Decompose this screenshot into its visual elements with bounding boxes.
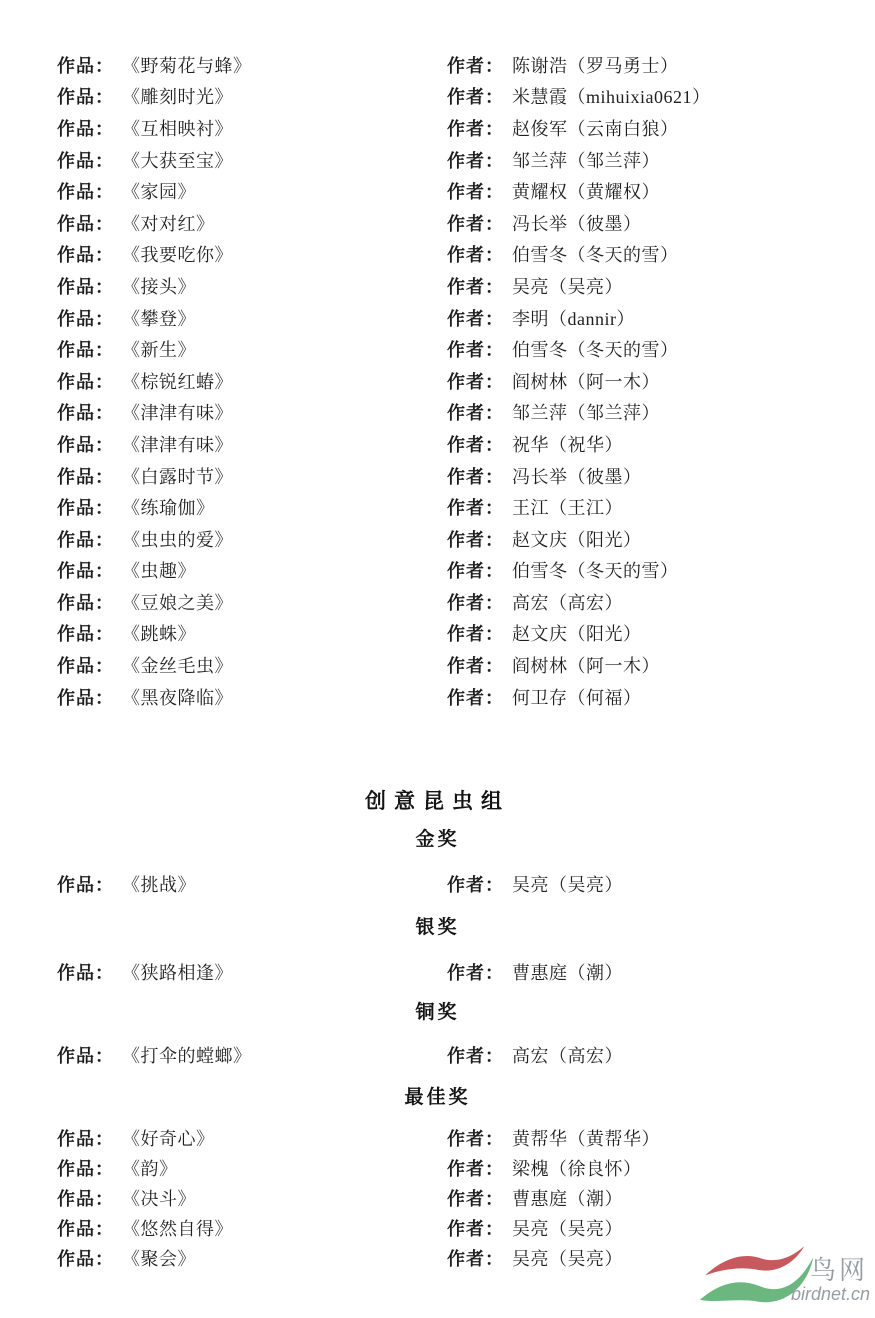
entry-row: 作品： 《我要吃你》 作者： 伯雪冬（冬天的雪） — [57, 239, 855, 271]
work-cell: 作品： 《金丝毛虫》 — [57, 652, 447, 678]
author-name: 邹兰萍（邹兰萍） — [512, 147, 660, 173]
author-name: 李明（dannir） — [512, 305, 635, 331]
author-name: 冯长举（彼墨） — [512, 210, 642, 236]
work-cell: 作品： 《聚会》 — [57, 1245, 447, 1271]
work-cell: 作品： 《虫趣》 — [57, 557, 447, 583]
work-title: 《跳蛛》 — [122, 620, 196, 646]
author-label: 作者： — [447, 1185, 504, 1211]
author-name: 曹惠庭（潮） — [512, 1185, 623, 1211]
work-label: 作品： — [57, 83, 114, 109]
author-cell: 作者： 赵文庆（阳光） — [447, 526, 855, 552]
author-label: 作者： — [447, 115, 504, 141]
author-cell: 作者： 吴亮（吴亮） — [447, 273, 855, 299]
entry-row: 作品： 《野菊花与蜂》 作者： 陈谢浩（罗马勇士） — [57, 49, 855, 81]
work-label: 作品： — [57, 399, 114, 425]
work-label: 作品： — [57, 959, 114, 985]
work-cell: 作品： 《悠然自得》 — [57, 1215, 447, 1241]
author-name: 冯长举（彼墨） — [512, 463, 642, 489]
work-title: 《雕刻时光》 — [122, 83, 233, 109]
birdnet-logo: 鸟网 birdnet.cn — [698, 1240, 872, 1316]
entry-row: 作品： 《打伞的螳螂》 作者： 高宏（高宏） — [57, 1039, 855, 1071]
work-title: 《好奇心》 — [122, 1125, 215, 1151]
work-label: 作品： — [57, 1042, 114, 1068]
entry-row: 作品： 《豆娘之美》 作者： 高宏（高宏） — [57, 586, 855, 618]
work-label: 作品： — [57, 1185, 114, 1211]
entry-row: 作品： 《大获至宝》 作者： 邹兰萍（邹兰萍） — [57, 144, 855, 176]
entry-row: 作品： 《虫趣》 作者： 伯雪冬（冬天的雪） — [57, 555, 855, 587]
author-label: 作者： — [447, 494, 504, 520]
work-label: 作品： — [57, 1125, 114, 1151]
author-label: 作者： — [447, 210, 504, 236]
work-cell: 作品： 《接头》 — [57, 273, 447, 299]
work-label: 作品： — [57, 431, 114, 457]
entry-row: 作品： 《白露时节》 作者： 冯长举（彼墨） — [57, 460, 855, 492]
site-domain: birdnet.cn — [791, 1284, 870, 1305]
work-title: 《对对红》 — [122, 210, 215, 236]
work-label: 作品： — [57, 494, 114, 520]
entry-row: 作品： 《好奇心》 作者： 黄帮华（黄帮华） — [57, 1123, 855, 1153]
author-label: 作者： — [447, 526, 504, 552]
author-name: 伯雪冬（冬天的雪） — [512, 336, 679, 362]
entry-row: 作品： 《对对红》 作者： 冯长举（彼墨） — [57, 207, 855, 239]
work-title: 《挑战》 — [122, 871, 196, 897]
silver-award-list: 作品： 《狭路相逢》 作者： 曹惠庭（潮） — [57, 956, 855, 988]
work-label: 作品： — [57, 652, 114, 678]
author-label: 作者： — [447, 620, 504, 646]
work-title: 《白露时节》 — [122, 463, 233, 489]
author-cell: 作者： 曹惠庭（潮） — [447, 1185, 855, 1211]
work-title: 《狭路相逢》 — [122, 959, 233, 985]
work-cell: 作品： 《津津有味》 — [57, 399, 447, 425]
author-cell: 作者： 赵文庆（阳光） — [447, 620, 855, 646]
author-label: 作者： — [447, 871, 504, 897]
author-name: 邹兰萍（邹兰萍） — [512, 399, 660, 425]
entry-row: 作品： 《跳蛛》 作者： 赵文庆（阳光） — [57, 618, 855, 650]
award-header-bronze: 铜奖 — [0, 1000, 875, 1026]
work-cell: 作品： 《好奇心》 — [57, 1125, 447, 1151]
author-name: 黄耀权（黄耀权） — [512, 178, 660, 204]
work-cell: 作品： 《我要吃你》 — [57, 241, 447, 267]
author-cell: 作者： 黄耀权（黄耀权） — [447, 178, 855, 204]
author-label: 作者： — [447, 1245, 504, 1271]
author-label: 作者： — [447, 431, 504, 457]
author-label: 作者： — [447, 336, 504, 362]
author-name: 吴亮（吴亮） — [512, 1245, 623, 1271]
work-title: 《攀登》 — [122, 305, 196, 331]
author-label: 作者： — [447, 463, 504, 489]
author-cell: 作者： 伯雪冬（冬天的雪） — [447, 557, 855, 583]
author-name: 吴亮（吴亮） — [512, 273, 623, 299]
author-label: 作者： — [447, 589, 504, 615]
work-label: 作品： — [57, 305, 114, 331]
work-title: 《家园》 — [122, 178, 196, 204]
author-label: 作者： — [447, 557, 504, 583]
work-label: 作品： — [57, 241, 114, 267]
work-label: 作品： — [57, 178, 114, 204]
author-cell: 作者： 邹兰萍（邹兰萍） — [447, 147, 855, 173]
work-cell: 作品： 《棕锐红蝽》 — [57, 368, 447, 394]
author-label: 作者： — [447, 368, 504, 394]
work-label: 作品： — [57, 147, 114, 173]
work-title: 《金丝毛虫》 — [122, 652, 233, 678]
work-title: 《接头》 — [122, 273, 196, 299]
work-cell: 作品： 《跳蛛》 — [57, 620, 447, 646]
author-name: 阎树林（阿一木） — [512, 652, 660, 678]
author-label: 作者： — [447, 1042, 504, 1068]
author-cell: 作者： 吴亮（吴亮） — [447, 871, 855, 897]
author-cell: 作者： 王江（王江） — [447, 494, 855, 520]
entry-row: 作品： 《津津有味》 作者： 祝华（祝华） — [57, 428, 855, 460]
work-title: 《决斗》 — [122, 1185, 196, 1211]
work-title: 《黑夜降临》 — [122, 684, 233, 710]
author-cell: 作者： 邹兰萍（邹兰萍） — [447, 399, 855, 425]
work-cell: 作品： 《韵》 — [57, 1155, 447, 1181]
work-label: 作品： — [57, 620, 114, 646]
group-title: 创意昆虫组 — [0, 788, 875, 816]
work-label: 作品： — [57, 336, 114, 362]
work-cell: 作品： 《家园》 — [57, 178, 447, 204]
author-name: 吴亮（吴亮） — [512, 1215, 623, 1241]
work-title: 《聚会》 — [122, 1245, 196, 1271]
work-label: 作品： — [57, 273, 114, 299]
entry-row: 作品： 《接头》 作者： 吴亮（吴亮） — [57, 270, 855, 302]
works-list: 作品： 《野菊花与蜂》 作者： 陈谢浩（罗马勇士） 作品： 《雕刻时光》 作者：… — [57, 49, 855, 712]
author-cell: 作者： 梁槐（徐良怀） — [447, 1155, 855, 1181]
author-cell: 作者： 何卫存（何福） — [447, 684, 855, 710]
entry-row: 作品： 《练瑜伽》 作者： 王江（王江） — [57, 491, 855, 523]
author-name: 赵文庆（阳光） — [512, 620, 642, 646]
work-label: 作品： — [57, 1155, 114, 1181]
author-cell: 作者： 高宏（高宏） — [447, 1042, 855, 1068]
work-label: 作品： — [57, 463, 114, 489]
work-title: 《棕锐红蝽》 — [122, 368, 233, 394]
work-label: 作品： — [57, 210, 114, 236]
bird-wing-red — [705, 1246, 804, 1275]
author-cell: 作者： 伯雪冬（冬天的雪） — [447, 336, 855, 362]
award-header-gold: 金奖 — [0, 827, 875, 853]
author-cell: 作者： 冯长举（彼墨） — [447, 210, 855, 236]
work-cell: 作品： 《黑夜降临》 — [57, 684, 447, 710]
work-label: 作品： — [57, 1215, 114, 1241]
work-cell: 作品： 《新生》 — [57, 336, 447, 362]
author-name: 米慧霞（mihuixia0621） — [512, 83, 711, 109]
author-name: 高宏（高宏） — [512, 589, 623, 615]
entry-row: 作品： 《挑战》 作者： 吴亮（吴亮） — [57, 868, 855, 900]
work-label: 作品： — [57, 526, 114, 552]
author-label: 作者： — [447, 959, 504, 985]
author-cell: 作者： 陈谢浩（罗马勇士） — [447, 52, 855, 78]
work-cell: 作品： 《大获至宝》 — [57, 147, 447, 173]
author-name: 何卫存（何福） — [512, 684, 642, 710]
author-label: 作者： — [447, 399, 504, 425]
author-name: 梁槐（徐良怀） — [512, 1155, 642, 1181]
entry-row: 作品： 《悠然自得》 作者： 吴亮（吴亮） — [57, 1213, 855, 1243]
work-title: 《虫趣》 — [122, 557, 196, 583]
work-label: 作品： — [57, 871, 114, 897]
entry-row: 作品： 《韵》 作者： 梁槐（徐良怀） — [57, 1153, 855, 1183]
site-name: 鸟网 — [810, 1250, 868, 1287]
entry-row: 作品： 《互相映衬》 作者： 赵俊军（云南白狼） — [57, 112, 855, 144]
author-name: 王江（王江） — [512, 494, 623, 520]
work-title: 《我要吃你》 — [122, 241, 233, 267]
work-label: 作品： — [57, 115, 114, 141]
author-name: 曹惠庭（潮） — [512, 959, 623, 985]
author-label: 作者： — [447, 273, 504, 299]
work-label: 作品： — [57, 684, 114, 710]
work-title: 《豆娘之美》 — [122, 589, 233, 615]
entry-row: 作品： 《决斗》 作者： 曹惠庭（潮） — [57, 1183, 855, 1213]
work-title: 《互相映衬》 — [122, 115, 233, 141]
entry-row: 作品： 《雕刻时光》 作者： 米慧霞（mihuixia0621） — [57, 81, 855, 113]
work-cell: 作品： 《打伞的螳螂》 — [57, 1042, 447, 1068]
work-cell: 作品： 《豆娘之美》 — [57, 589, 447, 615]
author-name: 高宏（高宏） — [512, 1042, 623, 1068]
author-label: 作者： — [447, 1155, 504, 1181]
author-label: 作者： — [447, 1215, 504, 1241]
entry-row: 作品： 《棕锐红蝽》 作者： 阎树林（阿一木） — [57, 365, 855, 397]
work-cell: 作品： 《挑战》 — [57, 871, 447, 897]
work-cell: 作品： 《狭路相逢》 — [57, 959, 447, 985]
work-title: 《练瑜伽》 — [122, 494, 215, 520]
work-label: 作品： — [57, 589, 114, 615]
author-name: 黄帮华（黄帮华） — [512, 1125, 660, 1151]
author-label: 作者： — [447, 52, 504, 78]
work-title: 《打伞的螳螂》 — [122, 1042, 252, 1068]
entry-row: 作品： 《黑夜降临》 作者： 何卫存（何福） — [57, 681, 855, 713]
work-title: 《悠然自得》 — [122, 1215, 233, 1241]
entry-row: 作品： 《新生》 作者： 伯雪冬（冬天的雪） — [57, 333, 855, 365]
author-label: 作者： — [447, 1125, 504, 1151]
work-label: 作品： — [57, 52, 114, 78]
author-label: 作者： — [447, 241, 504, 267]
author-cell: 作者： 米慧霞（mihuixia0621） — [447, 83, 855, 109]
work-cell: 作品： 《攀登》 — [57, 305, 447, 331]
author-name: 伯雪冬（冬天的雪） — [512, 557, 679, 583]
work-title: 《大获至宝》 — [122, 147, 233, 173]
author-name: 伯雪冬（冬天的雪） — [512, 241, 679, 267]
work-label: 作品： — [57, 557, 114, 583]
entry-row: 作品： 《家园》 作者： 黄耀权（黄耀权） — [57, 175, 855, 207]
entry-row: 作品： 《攀登》 作者： 李明（dannir） — [57, 302, 855, 334]
work-cell: 作品： 《对对红》 — [57, 210, 447, 236]
work-cell: 作品： 《练瑜伽》 — [57, 494, 447, 520]
author-cell: 作者： 阎树林（阿一木） — [447, 368, 855, 394]
author-cell: 作者： 祝华（祝华） — [447, 431, 855, 457]
author-name: 赵文庆（阳光） — [512, 526, 642, 552]
author-name: 陈谢浩（罗马勇士） — [512, 52, 679, 78]
author-label: 作者： — [447, 147, 504, 173]
work-cell: 作品： 《白露时节》 — [57, 463, 447, 489]
award-header-best: 最佳奖 — [0, 1085, 875, 1111]
award-header-silver: 银奖 — [0, 915, 875, 941]
author-cell: 作者： 曹惠庭（潮） — [447, 959, 855, 985]
author-cell: 作者： 伯雪冬（冬天的雪） — [447, 241, 855, 267]
author-name: 祝华（祝华） — [512, 431, 623, 457]
document-page: 作品： 《野菊花与蜂》 作者： 陈谢浩（罗马勇士） 作品： 《雕刻时光》 作者：… — [0, 0, 875, 1318]
author-label: 作者： — [447, 652, 504, 678]
author-cell: 作者： 吴亮（吴亮） — [447, 1215, 855, 1241]
author-cell: 作者： 赵俊军（云南白狼） — [447, 115, 855, 141]
work-title: 《新生》 — [122, 336, 196, 362]
author-cell: 作者： 阎树林（阿一木） — [447, 652, 855, 678]
entry-row: 作品： 《狭路相逢》 作者： 曹惠庭（潮） — [57, 956, 855, 988]
work-cell: 作品： 《雕刻时光》 — [57, 83, 447, 109]
author-name: 阎树林（阿一木） — [512, 368, 660, 394]
author-label: 作者： — [447, 305, 504, 331]
entry-row: 作品： 《虫虫的爱》 作者： 赵文庆（阳光） — [57, 523, 855, 555]
author-cell: 作者： 冯长举（彼墨） — [447, 463, 855, 489]
author-name: 赵俊军（云南白狼） — [512, 115, 679, 141]
author-cell: 作者： 高宏（高宏） — [447, 589, 855, 615]
work-cell: 作品： 《互相映衬》 — [57, 115, 447, 141]
work-label: 作品： — [57, 368, 114, 394]
work-title: 《津津有味》 — [122, 399, 233, 425]
work-title: 《虫虫的爱》 — [122, 526, 233, 552]
author-label: 作者： — [447, 83, 504, 109]
author-cell: 作者： 李明（dannir） — [447, 305, 855, 331]
author-cell: 作者： 黄帮华（黄帮华） — [447, 1125, 855, 1151]
gold-award-list: 作品： 《挑战》 作者： 吴亮（吴亮） — [57, 868, 855, 900]
work-title: 《野菊花与蜂》 — [122, 52, 252, 78]
work-label: 作品： — [57, 1245, 114, 1271]
work-cell: 作品： 《野菊花与蜂》 — [57, 52, 447, 78]
author-name: 吴亮（吴亮） — [512, 871, 623, 897]
work-cell: 作品： 《决斗》 — [57, 1185, 447, 1211]
author-label: 作者： — [447, 178, 504, 204]
bronze-award-list: 作品： 《打伞的螳螂》 作者： 高宏（高宏） — [57, 1039, 855, 1071]
work-cell: 作品： 《津津有味》 — [57, 431, 447, 457]
entry-row: 作品： 《金丝毛虫》 作者： 阎树林（阿一木） — [57, 649, 855, 681]
entry-row: 作品： 《津津有味》 作者： 邹兰萍（邹兰萍） — [57, 397, 855, 429]
work-title: 《韵》 — [122, 1155, 178, 1181]
work-cell: 作品： 《虫虫的爱》 — [57, 526, 447, 552]
author-label: 作者： — [447, 684, 504, 710]
work-title: 《津津有味》 — [122, 431, 233, 457]
